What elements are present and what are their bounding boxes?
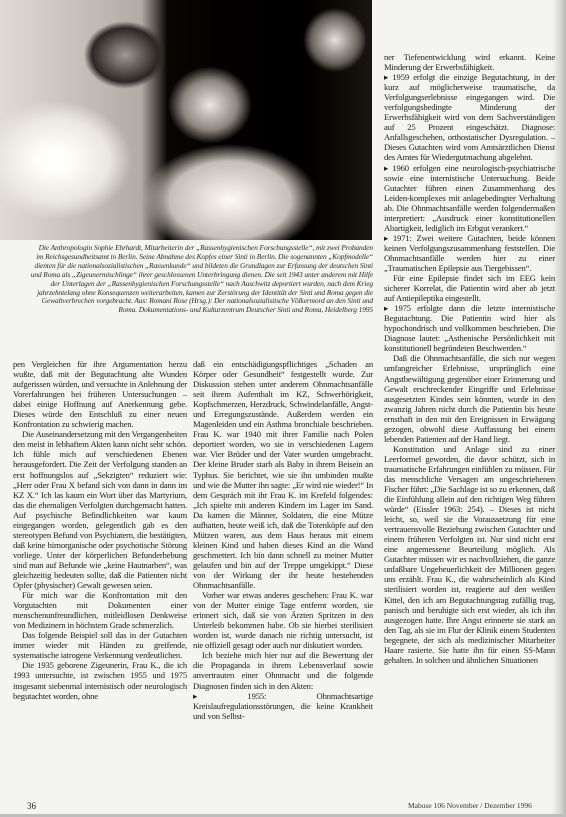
paragraph: Das folgende Beispiel soll das in der Gu… [13,630,187,660]
bullet-paragraph: ▸ 1971: Zwei weitere Gutachten, beide kö… [384,233,555,273]
column-left: pen Vergleichen für ihre Argumentation h… [13,359,187,701]
photo-description: Black-and-white photograph: a woman in a… [0,0,1,1]
paragraph: Für mich war die Konfrontation mit den V… [13,590,187,630]
paragraph: Für eine Epilepsie findet sich im EEG ke… [384,273,555,303]
paragraph: Konstitution und Anlage sind zu einer Le… [384,444,555,665]
column-right: ner Tiefenentwicklung wird erkannt. Kein… [384,52,555,665]
page-fold-shadow [552,0,566,817]
column-middle: daß ein entschädigungspflichtiges „Schad… [193,359,373,721]
issue-footer: Mabuse 106 November / Dezember 1996 [408,801,532,810]
paragraph: pen Vergleichen für ihre Argumentation h… [13,359,187,429]
bullet-paragraph: ▸ 1975 erfolgte dann die letzte internis… [384,303,555,353]
bullet-paragraph: ▸ 1955: Ohnmachtsartige Kreislaufregulat… [193,691,373,721]
page-number: 36 [27,801,36,811]
paragraph: Die Auseinandersetzung mit den Vergangen… [13,429,187,590]
paragraph: Die 1935 geborene Zigeunerin, Frau K., d… [13,660,187,700]
bullet-paragraph: ▸ 1960 erfolgen eine neurologisch-psychi… [384,163,555,233]
paragraph: Vorher war etwas anderes geschehen: Frau… [193,590,373,650]
paragraph: daß ein entschädigungspflichtiges „Schad… [193,359,373,590]
archival-photograph: Black-and-white photograph: a woman in a… [0,0,372,240]
paragraph: Daß die Ohnmachtsanfälle, die sich nur w… [384,353,555,443]
paragraph: Ich beziehe mich hier nur auf die Bewert… [193,650,373,690]
bullet-paragraph: ▸ 1959 erfolgt die einzige Begutachtung,… [384,72,555,162]
photo-caption: Die Anthropologin Sophie Ehrhardt, Mitar… [30,244,373,315]
paragraph: ner Tiefenentwicklung wird erkannt. Kein… [384,52,555,72]
